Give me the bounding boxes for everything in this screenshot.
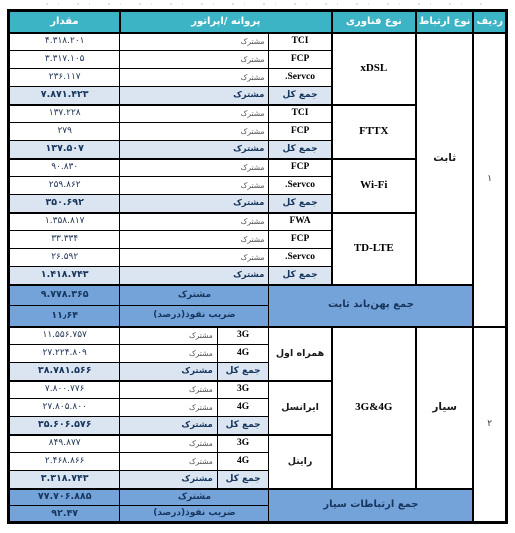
total-amount-cell: ۳.۳۱۸.۷۴۳ xyxy=(9,471,120,489)
summary-row-mobile: جمع ارتباطات سیار مشترک ۷۷.۷۰۶.۸۸۵ xyxy=(9,489,507,506)
total-label-cell: جمع کل xyxy=(217,417,269,435)
amount-cell: ۱.۳۵۸.۸۱۷ xyxy=(9,213,120,231)
column-header-connection-type: نوع ارتباط xyxy=(416,11,474,33)
column-header-amount: مقدار xyxy=(9,11,120,33)
technology-cell-xdsl: xDSL xyxy=(332,33,416,105)
amount-cell: ۷.۸۰۰.۷۷۶ xyxy=(9,381,120,399)
amount-cell: ۱۱.۵۵۶.۷۵۷ xyxy=(9,327,120,345)
operator-cell: Servco. xyxy=(269,177,332,195)
amount-cell: ۲۶.۵۹۲ xyxy=(9,249,120,267)
subscriber-label-cell: مشترک xyxy=(120,249,269,267)
subscriber-label-cell: مشترک xyxy=(120,345,217,363)
header-row: ردیف نوع ارتباط نوع فناوری پروانه /اپرات… xyxy=(9,11,507,33)
subscriber-label-cell: مشترک xyxy=(120,381,217,399)
fixed-summary-title-cell: جمع پهن‌باند ثابت xyxy=(269,285,474,327)
column-header-row-index: ردیف xyxy=(473,11,506,33)
amount-cell: ۸۴۹.۸۷۷ xyxy=(9,435,120,453)
connection-type-cell-fixed: ثابت xyxy=(416,33,474,285)
subscriber-label-cell: مشترک xyxy=(120,123,269,141)
operator-cell: FCP xyxy=(269,123,332,141)
total-amount-cell: ۳۵.۶۰۶.۵۷۶ xyxy=(9,417,120,435)
connection-type-cell-mobile: سیار xyxy=(416,327,474,489)
amount-cell: ۳۳.۳۳۴ xyxy=(9,231,120,249)
amount-cell: ۲۷۹ xyxy=(9,123,120,141)
total-amount-cell: ۷.۸۷۱.۴۲۳ xyxy=(9,87,120,105)
column-header-operator-license: پروانه /اپراتور xyxy=(120,11,332,33)
subscriber-label-cell: مشترک xyxy=(120,159,269,177)
subscriber-label-cell: مشترک xyxy=(120,417,217,435)
penetration-label-cell: ضریب نفوذ(درصد) xyxy=(120,506,269,523)
fixed-penetration-cell: ۱۱٫۶۴ xyxy=(9,306,120,327)
report-page: ردیف نوع ارتباط نوع فناوری پروانه /اپرات… xyxy=(0,0,515,533)
amount-cell: ۲۷.۸۰۵.۸۰۰ xyxy=(9,399,120,417)
technology-cell-fttx: FTTX xyxy=(332,105,416,159)
operator-cell: FCP xyxy=(269,231,332,249)
amount-cell: ۳.۳۱۷.۱۰۵ xyxy=(9,51,120,69)
fixed-subscribers-total-cell: ۹.۷۷۸.۳۶۵ xyxy=(9,285,120,306)
generation-cell: 3G xyxy=(217,435,269,453)
amount-cell: ۱۳۷.۲۲۸ xyxy=(9,105,120,123)
broadband-subscribers-table: ردیف نوع ارتباط نوع فناوری پروانه /اپرات… xyxy=(7,9,508,524)
subscriber-label-cell: مشترک xyxy=(120,213,269,231)
table-row: ۱ ثابت xDSL TCI مشترک ۴.۳۱۸.۲۰۱ xyxy=(9,33,507,51)
subscriber-label-cell: مشترک xyxy=(120,51,269,69)
total-amount-cell: ۱۳۷.۵۰۷ xyxy=(9,141,120,159)
amount-cell: ۴.۳۱۸.۲۰۱ xyxy=(9,33,120,51)
operator-cell: Servco. xyxy=(269,249,332,267)
operator-cell: FCP xyxy=(269,51,332,69)
subscriber-label-cell: مشترک xyxy=(120,33,269,51)
technology-cell-wifi: Wi-Fi xyxy=(332,159,416,213)
operator-cell: FCP xyxy=(269,159,332,177)
total-label-cell: جمع کل xyxy=(269,141,332,159)
generation-cell: 3G xyxy=(217,381,269,399)
total-amount-cell: ۳۵۰.۶۹۲ xyxy=(9,195,120,213)
generation-cell: 4G xyxy=(217,399,269,417)
operator-name-cell-rightel: رایتل xyxy=(269,435,332,489)
mobile-subscribers-total-cell: ۷۷.۷۰۶.۸۸۵ xyxy=(9,489,120,506)
mobile-penetration-cell: ۹۲.۴۷ xyxy=(9,506,120,523)
total-label-cell: جمع کل xyxy=(217,471,269,489)
table-row: ۲ سیار 3G&4G همراه اول 3G مشترک ۱۱.۵۵۶.۷… xyxy=(9,327,507,345)
subscriber-label-cell: مشترک xyxy=(120,363,217,381)
subscriber-label-cell: مشترک xyxy=(120,195,269,213)
column-header-technology-type: نوع فناوری xyxy=(332,11,416,33)
subscriber-label-cell: مشترک xyxy=(120,285,269,306)
subscriber-label-cell: مشترک xyxy=(120,69,269,87)
subscriber-label-cell: مشترک xyxy=(120,399,217,417)
subscriber-label-cell: مشترک xyxy=(120,87,269,105)
operator-cell: Servco. xyxy=(269,69,332,87)
operator-cell: TCI xyxy=(269,33,332,51)
mobile-summary-title-cell: جمع ارتباطات سیار xyxy=(269,489,474,523)
subscriber-label-cell: مشترک xyxy=(120,471,217,489)
amount-cell: ۲۵۹.۸۶۲ xyxy=(9,177,120,195)
subscriber-label-cell: مشترک xyxy=(120,489,269,506)
amount-cell: ۹۰.۸۳۰ xyxy=(9,159,120,177)
amount-cell: ۲۳۶.۱۱۷ xyxy=(9,69,120,87)
penetration-label-cell: ضریب نفوذ(درصد) xyxy=(120,306,269,327)
generation-cell: 4G xyxy=(217,453,269,471)
amount-cell: ۲۷.۲۲۴.۸۰۹ xyxy=(9,345,120,363)
subscriber-label-cell: مشترک xyxy=(120,141,269,159)
technology-cell-tdlte: TD-LTE xyxy=(332,213,416,285)
total-label-cell: جمع کل xyxy=(269,267,332,285)
subscriber-label-cell: مشترک xyxy=(120,177,269,195)
subscriber-label-cell: مشترک xyxy=(120,453,217,471)
row-index-cell-fixed: ۱ xyxy=(473,33,506,327)
subscriber-label-cell: مشترک xyxy=(120,327,217,345)
operator-cell: FWA xyxy=(269,213,332,231)
total-amount-cell: ۱.۴۱۸.۷۴۳ xyxy=(9,267,120,285)
subscriber-label-cell: مشترک xyxy=(120,435,217,453)
summary-row-fixed: جمع پهن‌باند ثابت مشترک ۹.۷۷۸.۳۶۵ xyxy=(9,285,507,306)
total-label-cell: جمع کل xyxy=(217,363,269,381)
generation-cell: 4G xyxy=(217,345,269,363)
subscriber-label-cell: مشترک xyxy=(120,231,269,249)
total-amount-cell: ۳۸.۷۸۱.۵۶۶ xyxy=(9,363,120,381)
subscriber-label-cell: مشترک xyxy=(120,267,269,285)
technology-cell-3g4g: 3G&4G xyxy=(332,327,416,489)
row-index-cell-mobile: ۲ xyxy=(473,327,506,523)
amount-cell: ۲.۴۶۸.۸۶۶ xyxy=(9,453,120,471)
total-label-cell: جمع کل xyxy=(269,87,332,105)
operator-name-cell-irancell: ایرانسل xyxy=(269,381,332,435)
operator-name-cell-mci: همراه اول xyxy=(269,327,332,381)
cropped-title-remnant xyxy=(28,0,488,9)
subscriber-label-cell: مشترک xyxy=(120,105,269,123)
operator-cell: TCI xyxy=(269,105,332,123)
generation-cell: 3G xyxy=(217,327,269,345)
total-label-cell: جمع کل xyxy=(269,195,332,213)
